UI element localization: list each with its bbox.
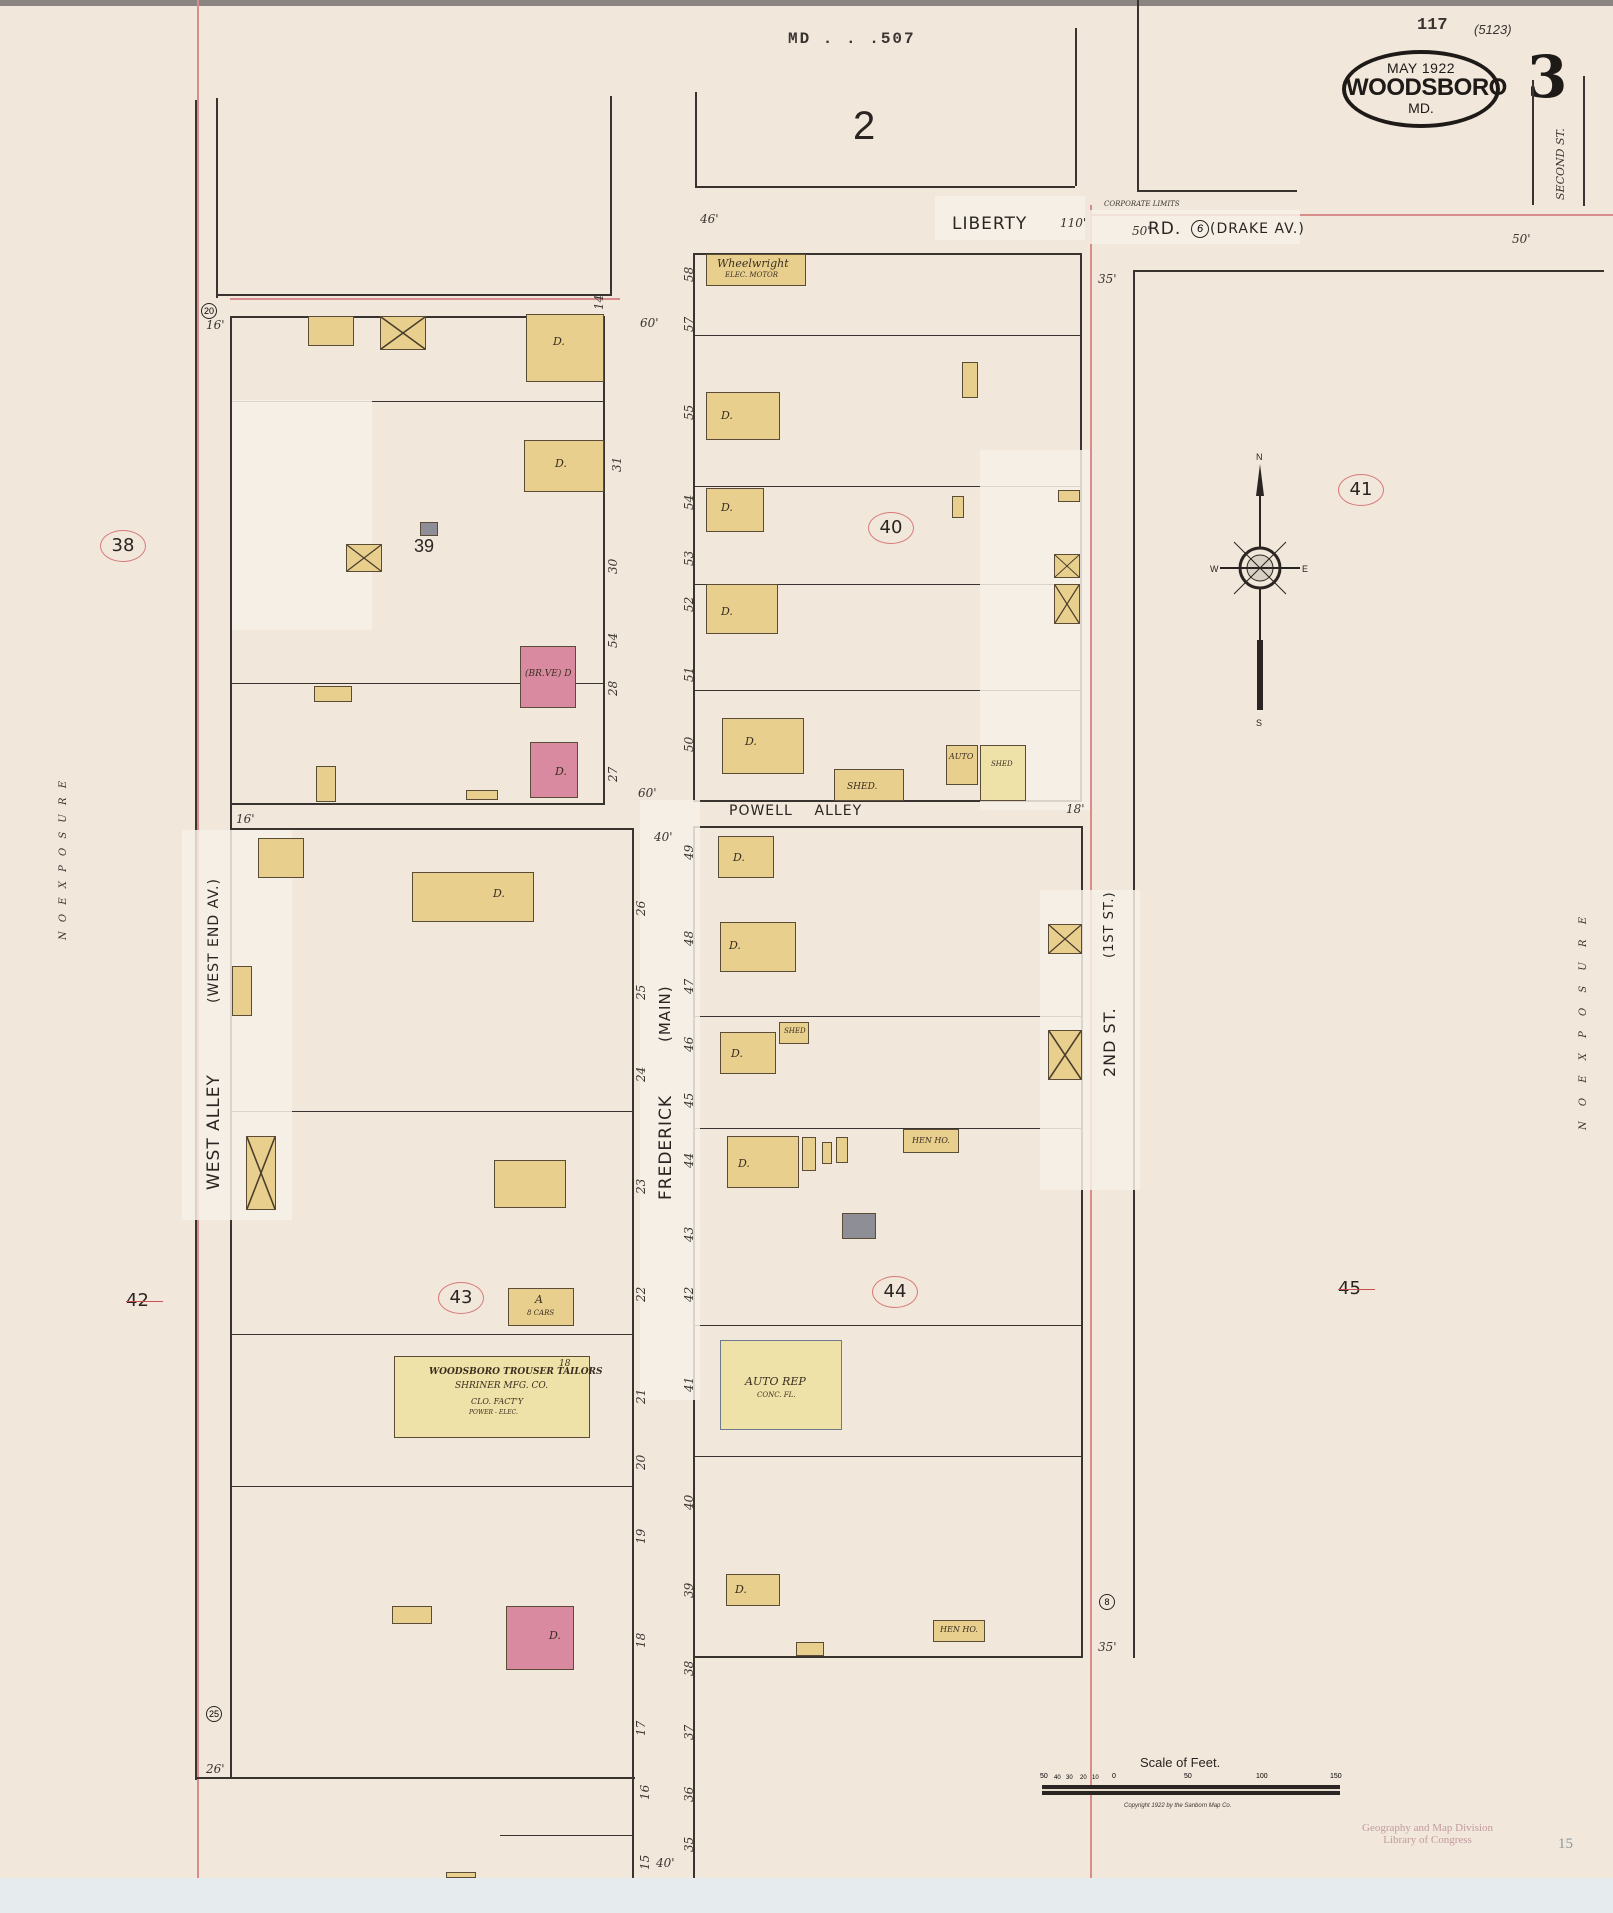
shed-label: SHED. (847, 782, 877, 792)
scale-tick: 30 (1066, 1775, 1073, 1781)
scale-bar (1042, 1785, 1340, 1795)
factory-power: POWER - ELEC. (469, 1409, 518, 1416)
dwelling-label: D. (721, 605, 733, 618)
street-second-st: 2ND ST. (1100, 1007, 1119, 1077)
building-dwelling: D. (524, 440, 604, 492)
corporate-limit-label: CORPORATE LIMITS (1104, 200, 1180, 208)
street-powell-alley: POWELL ALLEY (729, 803, 862, 819)
svg-text:N: N (1256, 452, 1263, 462)
svg-text:W: W (1210, 564, 1219, 574)
house-number: 47 (682, 979, 696, 994)
house-number: 49 (682, 845, 696, 860)
width-frederick-mid: 40' (654, 830, 673, 844)
building-dwelling: D. (412, 872, 534, 922)
house-number: 38 (682, 1661, 696, 1676)
house-number: 24 (634, 1067, 648, 1082)
marker-8: 8 (1099, 1594, 1115, 1610)
dwelling-label: D. (549, 1629, 561, 1642)
copyright: Copyright 1922 by the Sanborn Map Co. (1124, 1803, 1231, 1809)
width-frederick-bottom: 40' (656, 1856, 675, 1870)
building-dwelling: D. (722, 718, 804, 774)
width-far-right: 50' (1512, 232, 1531, 246)
adjacent-sheet-number: 2 (853, 104, 875, 149)
house-number: 58 (682, 267, 696, 282)
house-number: 20 (634, 1455, 648, 1470)
scale-tick: 40 (1054, 1775, 1061, 1781)
no-exposure-right: N O E X P O S U R E (1578, 911, 1589, 1130)
house-number: 23 (634, 1179, 648, 1194)
building-shed (1048, 1030, 1082, 1080)
building-brick-dwelling: (BR.VE) D (520, 646, 576, 708)
block-44-top (693, 826, 1082, 828)
block-top-right-w (1137, 0, 1139, 190)
block-39-bottom (230, 803, 605, 805)
width-powell-left: 16' (236, 812, 255, 826)
lot-40-1 (693, 335, 1081, 336)
sheet-ref-number: 117 (1417, 16, 1448, 35)
building-auto: AUTO (946, 745, 978, 785)
hen-house-label: HEN HO. (940, 1625, 978, 1634)
sheet-ref-paren: (5123) (1474, 22, 1512, 37)
house-number: 26 (634, 901, 648, 916)
width-powell-w: 60' (638, 786, 657, 800)
scale-tick: 150 (1330, 1773, 1342, 1780)
block-number: 39 (414, 536, 434, 557)
street-west-alley: WEST ALLEY (204, 1074, 224, 1190)
wheelwright-sub: ELEC. MOTOR (725, 271, 778, 279)
building-small (466, 790, 498, 800)
lot-43-3 (230, 1486, 633, 1487)
building-hen-house: HEN HO. (933, 1620, 985, 1642)
block-top-mid-b (695, 186, 1075, 188)
house-number: 18 (634, 1633, 648, 1648)
factory-company: SHRINER MFG. CO. (455, 1381, 548, 1391)
block-number: 38 (100, 530, 146, 562)
auto-repair-sub: CONC. FL. (757, 1391, 796, 1399)
house-number: 55 (682, 405, 696, 420)
building-garage: A8 CARS (508, 1288, 574, 1326)
block-number-struck: 45 (1338, 1278, 1361, 1299)
building-dwelling: D. (720, 922, 796, 972)
width-liberty-e: 50' (1132, 224, 1151, 238)
house-number: 42 (682, 1287, 696, 1302)
building-auto (258, 838, 304, 878)
lot-43-4 (500, 1835, 633, 1836)
title-state: MD. (1346, 100, 1496, 116)
house-number: 14 (592, 295, 606, 310)
building-brick-dwelling: D. (506, 1606, 574, 1670)
house-number: 22 (634, 1287, 648, 1302)
street-number-marker: 6 (1191, 220, 1209, 238)
street-liberty-rd: RD. (1148, 219, 1181, 239)
house-number: 15 (638, 1855, 652, 1870)
factory-name: WOODSBORO TROUSER TAILORS (429, 1367, 603, 1377)
block-44-bottom (693, 1656, 1083, 1658)
building-small (796, 1642, 824, 1656)
house-number: 19 (634, 1529, 648, 1544)
building-shed (1054, 554, 1080, 578)
factory-stories: 18 (559, 1359, 570, 1369)
dwelling-label: D. (733, 851, 745, 864)
svg-text:S: S (1256, 718, 1262, 728)
building-small (232, 966, 252, 1016)
street-width-liberty-mid: 110' (1060, 216, 1086, 230)
title-cartouche: MAY 1922 WOODSBORO MD. (1342, 50, 1500, 128)
scale-tick: 0 (1112, 1773, 1116, 1780)
wheelwright-label: Wheelwright (717, 257, 789, 270)
house-number: 52 (682, 597, 696, 612)
street-frederick-main: (MAIN) (656, 985, 674, 1042)
house-number: 54 (682, 495, 696, 510)
building-dwelling: D. (727, 1136, 799, 1188)
width-frederick-top: 60' (640, 316, 659, 330)
dwelling-label: (BR.VE) D (525, 669, 571, 679)
building-small (420, 522, 438, 536)
loc-stamp-line1: Geography and Map Division (1362, 1822, 1493, 1834)
scale-tick: 50 (1184, 1773, 1192, 1780)
block-top-right-b (1137, 190, 1297, 192)
block-number-struck: 42 (126, 1290, 149, 1311)
house-number: 53 (682, 551, 696, 566)
garage-cars: 8 CARS (527, 1309, 554, 1317)
street-first-st: (1ST ST.) (1102, 891, 1117, 958)
building-shed: SHED (779, 1022, 809, 1044)
building (308, 316, 354, 346)
factory-use: CLO. FACT'Y (471, 1397, 523, 1406)
auto-repair-label: AUTO REP (745, 1375, 806, 1388)
building-auto (842, 1213, 876, 1239)
house-number: 50 (682, 737, 696, 752)
block-39-e (603, 316, 605, 804)
building-small (1058, 490, 1080, 502)
block-41-top (1134, 270, 1604, 272)
lot-44-1 (693, 1016, 1081, 1017)
house-number: 17 (634, 1721, 648, 1736)
lot-43-2 (230, 1334, 633, 1335)
building-shed (346, 544, 382, 572)
dwelling-label: D. (731, 1047, 743, 1060)
block-number: 44 (872, 1276, 918, 1308)
marker-25: 25 (206, 1706, 222, 1722)
building-dwelling: D. (706, 392, 780, 440)
title-town: WOODSBORO (1346, 76, 1496, 100)
house-number: 41 (682, 1377, 696, 1392)
building-hen-house (962, 362, 978, 398)
dwelling-label: D. (555, 457, 567, 470)
house-number: 51 (682, 667, 696, 682)
building-factory: WOODSBORO TROUSER TAILORS SHRINER MFG. C… (394, 1356, 590, 1438)
building-dwelling: D. (718, 836, 774, 878)
block-top-mid-w (695, 92, 697, 186)
scale-tick: 20 (1080, 1775, 1087, 1781)
width-alley-bottom: 35' (1098, 1640, 1117, 1654)
garage-label: A (535, 1293, 543, 1306)
building-garage (446, 1872, 476, 1878)
house-number: 30 (606, 559, 620, 574)
house-number: 46 (682, 1037, 696, 1052)
dwelling-label: D. (493, 887, 505, 900)
building-small (392, 1606, 432, 1624)
building-shed (246, 1136, 276, 1210)
paste-patch (232, 400, 372, 630)
svg-text:E: E (1302, 564, 1308, 574)
dwelling-label: D. (745, 735, 757, 748)
building-auto (316, 766, 336, 802)
hen-house-label: HEN HO. (912, 1136, 950, 1145)
marker-20: 20 (201, 303, 217, 319)
house-number: 25 (634, 985, 648, 1000)
house-number: 27 (606, 767, 620, 782)
dwelling-label: D. (721, 501, 733, 514)
scale-tick: 50 (1040, 1773, 1048, 1780)
block-top-mid-e (1075, 28, 1077, 186)
house-number: 21 (634, 1389, 648, 1404)
building-small (314, 686, 352, 702)
building-small (952, 496, 964, 518)
building-shed (1048, 924, 1082, 954)
house-number: 54 (606, 633, 620, 648)
building-small (836, 1137, 848, 1163)
compass-rose-icon: N W E S (1210, 450, 1310, 730)
house-number: 48 (682, 931, 696, 946)
dwelling-label: D. (738, 1157, 750, 1170)
auto-label: AUTO (949, 752, 973, 761)
dwelling-label: D. (721, 409, 733, 422)
building-dwelling: D. (720, 1032, 776, 1074)
house-number: 40 (682, 1495, 696, 1510)
house-number: 43 (682, 1227, 696, 1242)
building-small (802, 1137, 816, 1171)
house-number: 44 (682, 1153, 696, 1168)
building-dwelling: D. (706, 584, 778, 634)
scale-tick: 10 (1092, 1775, 1099, 1781)
building-wheelwright: WheelwrightELEC. MOTOR (706, 254, 806, 286)
street-liberty: LIBERTY (952, 214, 1027, 234)
dwelling-label: D. (555, 765, 567, 778)
lot-44-3 (693, 1325, 1081, 1326)
scan-edge (0, 0, 1613, 6)
street-second-st-top: SECOND ST. (1554, 128, 1567, 200)
shed-label: SHED (991, 760, 1013, 768)
dwelling-label: D. (735, 1583, 747, 1596)
block-top-left-e (610, 96, 612, 296)
map-sheet: MD . . .507 117 (5123) MAY 1922 WOODSBOR… (0, 0, 1613, 1878)
width-powell-e: 18' (1066, 802, 1085, 816)
no-exposure-left: N O E X P O S U R E (58, 778, 69, 940)
block-top-left-w (216, 98, 218, 298)
block-top-far-w (1532, 80, 1534, 205)
house-number: 57 (682, 317, 696, 332)
building-brick-dwelling: D. (530, 742, 578, 798)
block-number: 41 (1338, 474, 1384, 506)
block-number: 43 (438, 1282, 484, 1314)
sheet-code-stamp: MD . . .507 (788, 30, 916, 48)
building-shed: SHED. (834, 769, 904, 801)
dwelling-label: D. (729, 939, 741, 952)
building-hen-house: HEN HO. (903, 1129, 959, 1153)
house-number: 39 (682, 1583, 696, 1598)
house-number: 31 (610, 457, 624, 472)
shed-label: SHED (784, 1027, 806, 1035)
width-liberty-w: 46' (700, 212, 719, 226)
block-number: 40 (868, 512, 914, 544)
street-west-end-av: (WEST END AV.) (206, 878, 222, 1003)
house-number: 36 (682, 1787, 696, 1802)
house-number: 45 (682, 1093, 696, 1108)
west-alley-bottom (195, 1777, 635, 1779)
loc-stamp: Geography and Map Division Library of Co… (1362, 1822, 1493, 1846)
width-west-alley-bottom: 26' (206, 1762, 225, 1776)
building-auto-repair: AUTO REPCONC. FL. (720, 1340, 842, 1430)
building-dwelling: D. (726, 1574, 780, 1606)
dwelling-label: D. (553, 335, 565, 348)
limit-top-west (230, 298, 620, 300)
street-drake-av: (DRAKE AV.) (1210, 221, 1305, 237)
building-dwelling: D. (706, 488, 764, 532)
loc-stamp-line2: Library of Congress (1362, 1834, 1493, 1846)
block-top-far-e (1583, 76, 1585, 206)
lot-44-4 (693, 1456, 1081, 1457)
page-number: 15 (1558, 1836, 1573, 1853)
house-number: 28 (606, 681, 620, 696)
building-dwelling (494, 1160, 566, 1208)
width-alley-top: 35' (1098, 272, 1117, 286)
block-top-left-b (216, 294, 612, 296)
building-small (822, 1142, 832, 1164)
scale-title: Scale of Feet. (1140, 1755, 1220, 1770)
building-shed: SHED (980, 745, 1026, 801)
building-dwelling: D. (526, 314, 604, 382)
lot-44-2 (693, 1128, 1081, 1129)
house-number: 35 (682, 1837, 696, 1852)
building-shed (380, 316, 426, 350)
house-number: 16 (638, 1785, 652, 1800)
scale-tick: 100 (1256, 1773, 1268, 1780)
building-shed (1054, 584, 1080, 624)
house-number: 37 (682, 1725, 696, 1740)
width-west-alley-top: 16' (206, 318, 225, 332)
street-frederick: FREDERICK (656, 1095, 676, 1200)
